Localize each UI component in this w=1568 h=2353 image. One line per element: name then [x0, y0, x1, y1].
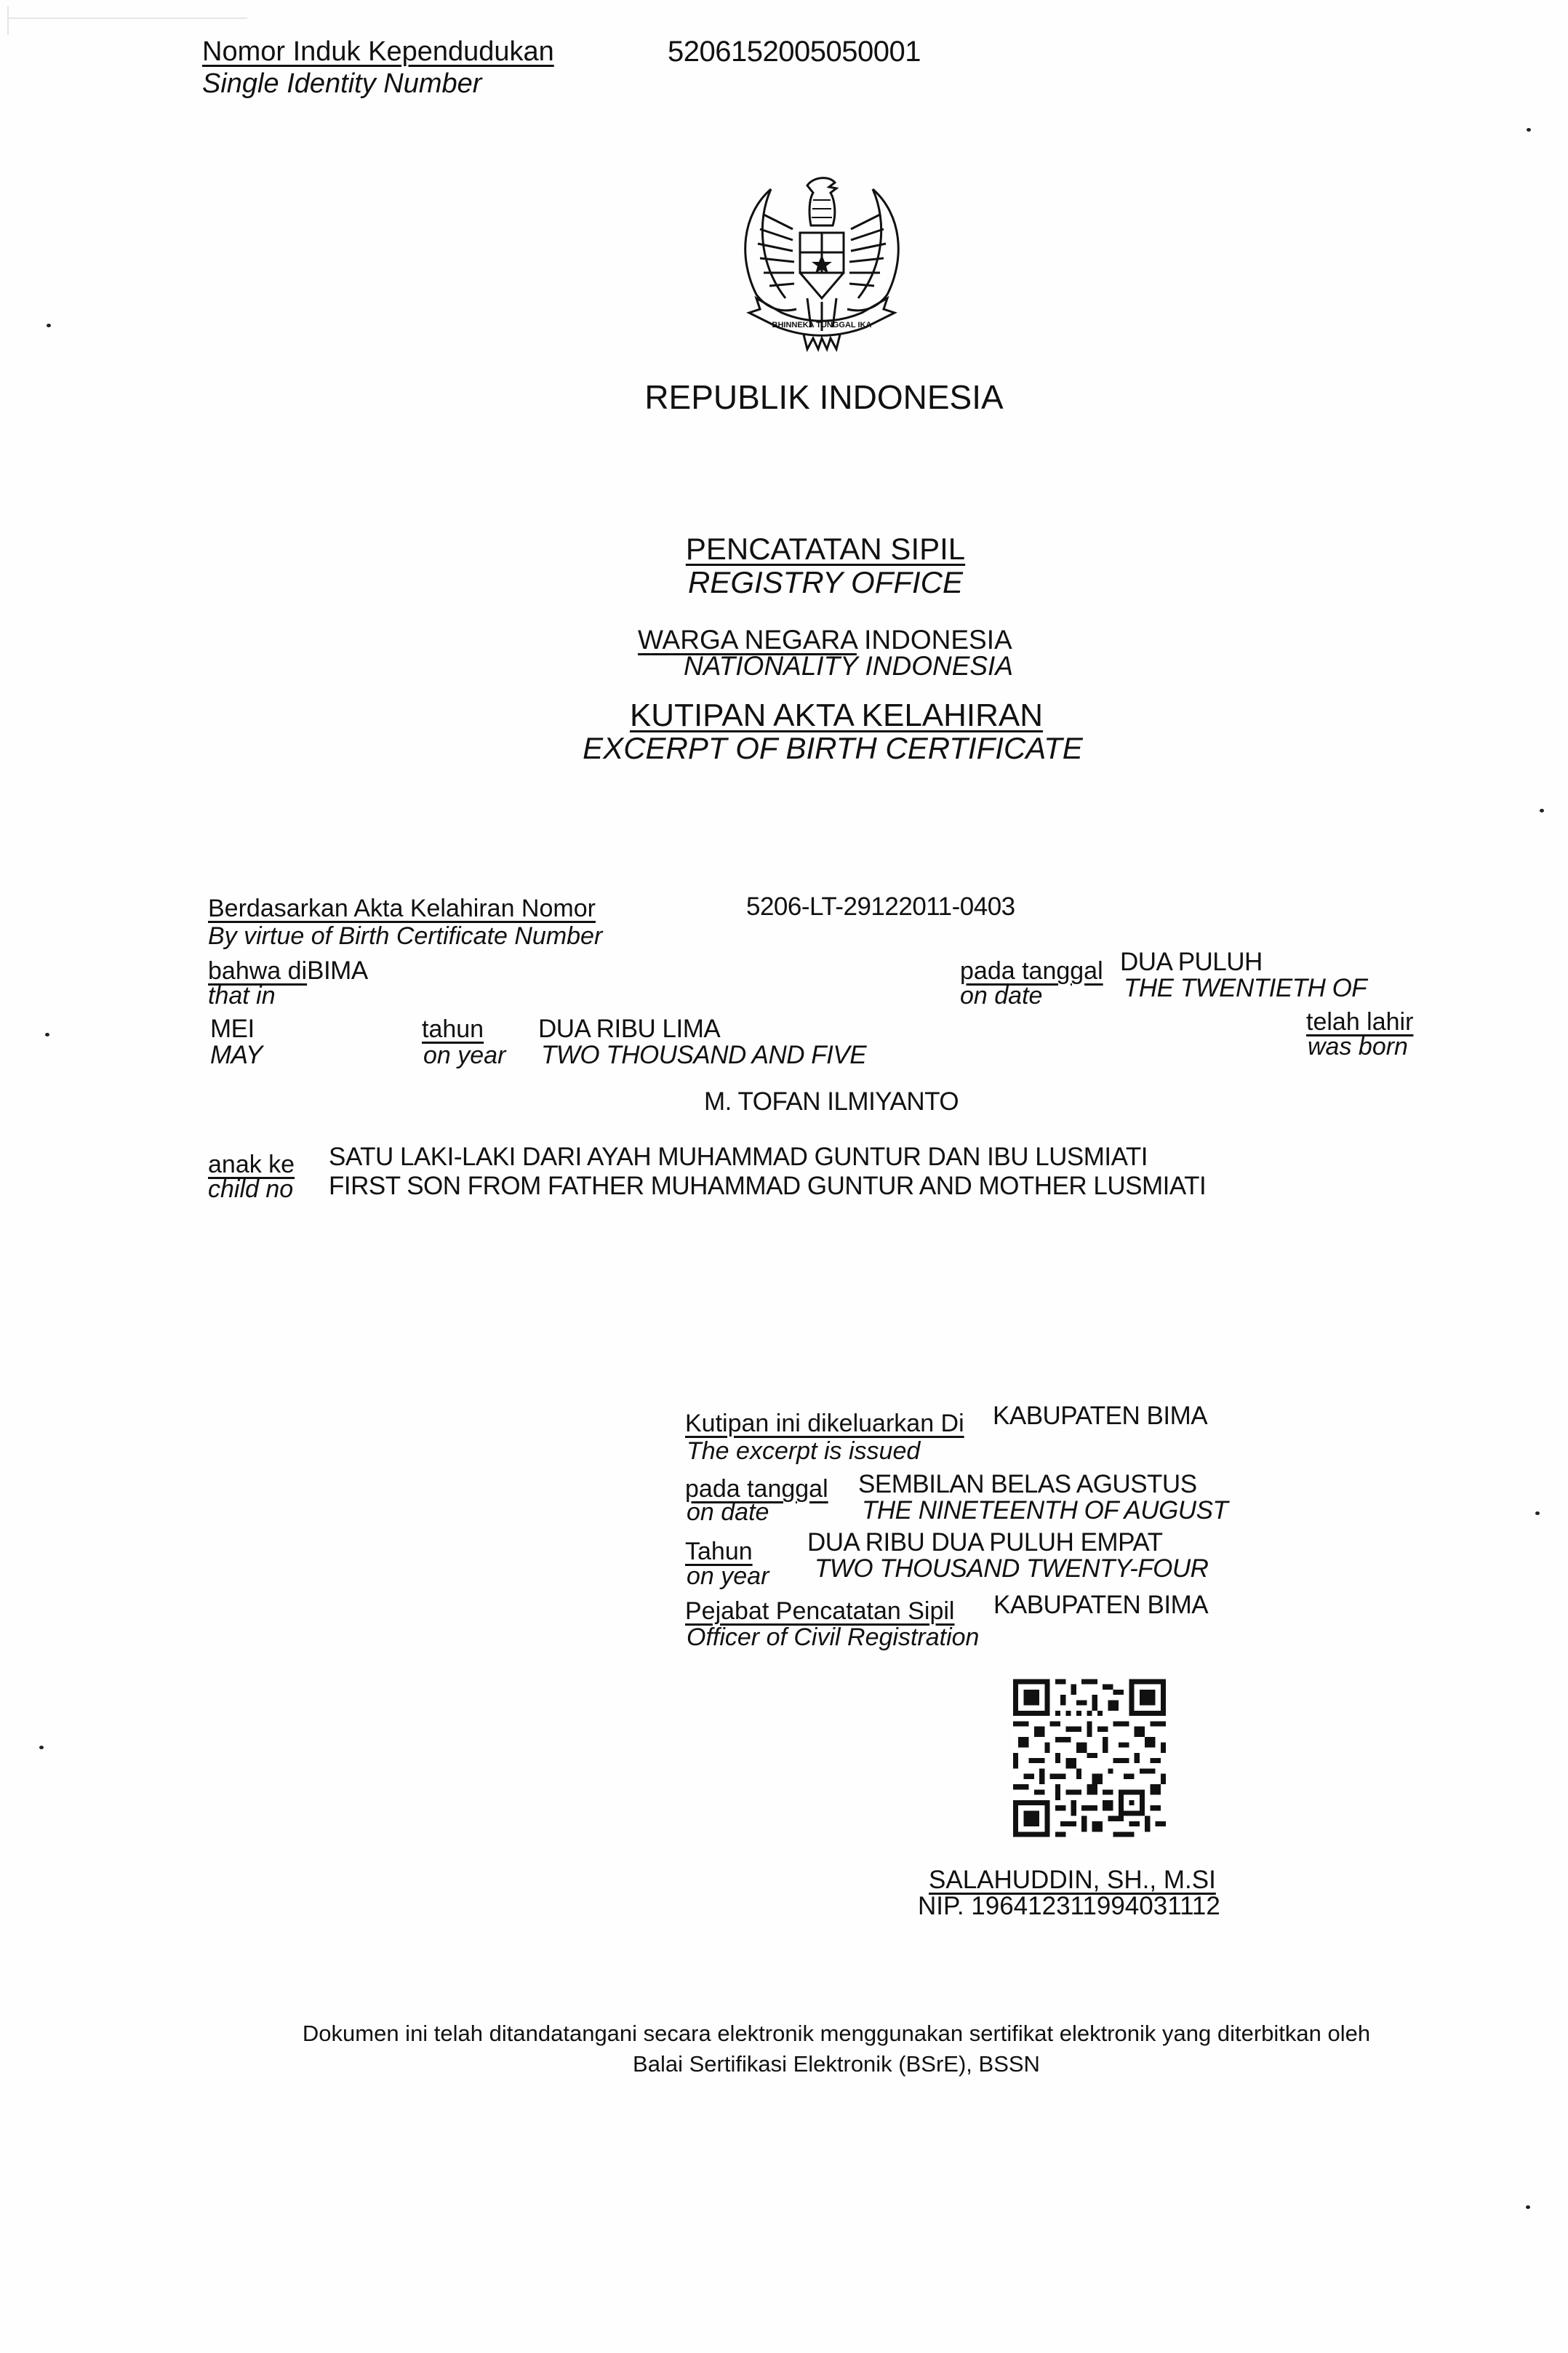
date-value: DUA PULUH [1120, 948, 1263, 976]
month-value-en: MAY [210, 1042, 263, 1069]
nationality-row-en: NATIONALITY INDONESIA [684, 652, 1013, 681]
month-value: MEI [210, 1015, 255, 1043]
footer-line-1: Dokumen ini telah ditandatangani secara … [303, 2021, 1370, 2047]
place-value: BIMA [307, 956, 368, 985]
scan-dot [47, 324, 51, 327]
nationality-value: INDONESIA [864, 625, 1012, 655]
cert-number-value: 5206-LT-29122011-0403 [746, 893, 1015, 921]
born-label: telah lahir [1306, 1008, 1413, 1036]
scan-dot [1535, 1511, 1540, 1515]
signatory-name: SALAHUDDIN, SH., M.SI [929, 1866, 1216, 1894]
child-name: M. TOFAN ILMIYANTO [704, 1088, 959, 1116]
place-row: bahwa diBIMA [208, 957, 368, 985]
cert-number-label-en: By virtue of Birth Certificate Number [208, 922, 602, 950]
emblem-motto: BHINNEKA TUNGGAL IKA [772, 321, 872, 329]
issue-year-value: DUA RIBU DUA PULUH EMPAT [807, 1529, 1162, 1557]
place-label: bahwa di [208, 957, 307, 985]
date-label-en: on date [960, 982, 1042, 1010]
nationality-value-en: INDONESIA [865, 651, 1013, 681]
scan-artifact-line [7, 17, 247, 19]
document-title-en: EXCERPT OF BIRTH CERTIFICATE [583, 732, 1083, 765]
garuda-pancasila-emblem-icon: BHINNEKA TUNGGAL IKA [727, 171, 916, 360]
nik-value: 5206152005050001 [668, 38, 921, 65]
issued-label: Kutipan ini dikeluarkan Di [685, 1410, 964, 1437]
document-title: KUTIPAN AKTA KELAHIRAN [630, 698, 1043, 733]
issue-date-label-en: on date [687, 1498, 769, 1526]
child-no-value-en: FIRST SON FROM FATHER MUHAMMAD GUNTUR AN… [329, 1172, 1206, 1200]
child-no-label: anak ke [208, 1151, 295, 1178]
issue-year-value-en: TWO THOUSAND TWENTY-FOUR [815, 1555, 1208, 1583]
date-value-en: THE TWENTIETH OF [1124, 975, 1367, 1002]
issued-value: KABUPATEN BIMA [993, 1402, 1207, 1430]
year-label-en: on year [423, 1042, 505, 1069]
nationality-label-en: NATIONALITY [684, 651, 857, 681]
officer-value: KABUPATEN BIMA [993, 1591, 1208, 1619]
scan-dot [1526, 2205, 1530, 2209]
issue-year-label-en: on year [687, 1562, 769, 1590]
signatory-nip: NIP. 196412311994031112 [918, 1893, 1220, 1920]
officer-label-en: Officer of Civil Registration [687, 1623, 979, 1651]
date-label: pada tanggal [960, 957, 1103, 985]
issue-date-value: SEMBILAN BELAS AGUSTUS [858, 1471, 1197, 1498]
child-no-value: SATU LAKI-LAKI DARI AYAH MUHAMMAD GUNTUR… [329, 1143, 1148, 1171]
qr-code-icon[interactable] [1013, 1679, 1166, 1837]
nik-label-en: Single Identity Number [202, 70, 481, 97]
scan-dot [45, 1033, 49, 1036]
office-title-en: REGISTRY OFFICE [688, 566, 963, 599]
nationality-label: WARGA NEGARA [638, 625, 857, 655]
scan-artifact-line [7, 6, 9, 35]
nik-label: Nomor Induk Kependudukan [202, 38, 554, 65]
cert-number-label: Berdasarkan Akta Kelahiran Nomor [208, 895, 596, 922]
officer-label: Pejabat Pencatatan Sipil [685, 1597, 954, 1625]
year-label: tahun [422, 1015, 484, 1043]
year-value-en: TWO THOUSAND AND FIVE [541, 1042, 866, 1069]
birth-certificate-page: Nomor Induk Kependudukan Single Identity… [0, 0, 1568, 2353]
issued-label-en: The excerpt is issued [687, 1437, 920, 1465]
country-title: REPUBLIK INDONESIA [644, 378, 1003, 416]
issue-date-value-en: THE NINETEENTH OF AUGUST [862, 1497, 1228, 1525]
born-label-en: was born [1308, 1033, 1408, 1060]
issue-year-label: Tahun [685, 1538, 753, 1565]
scan-dot [1527, 128, 1531, 132]
place-label-en: that in [208, 982, 276, 1010]
child-no-label-en: child no [208, 1175, 293, 1203]
year-value: DUA RIBU LIMA [538, 1015, 720, 1043]
nationality-row: WARGA NEGARA INDONESIA [638, 626, 1012, 655]
footer-line-2: Balai Sertifikasi Elektronik (BSrE), BSS… [633, 2051, 1040, 2077]
scan-dot [1540, 809, 1544, 812]
scan-dot [39, 1746, 44, 1749]
office-title: PENCATATAN SIPIL [686, 532, 965, 566]
